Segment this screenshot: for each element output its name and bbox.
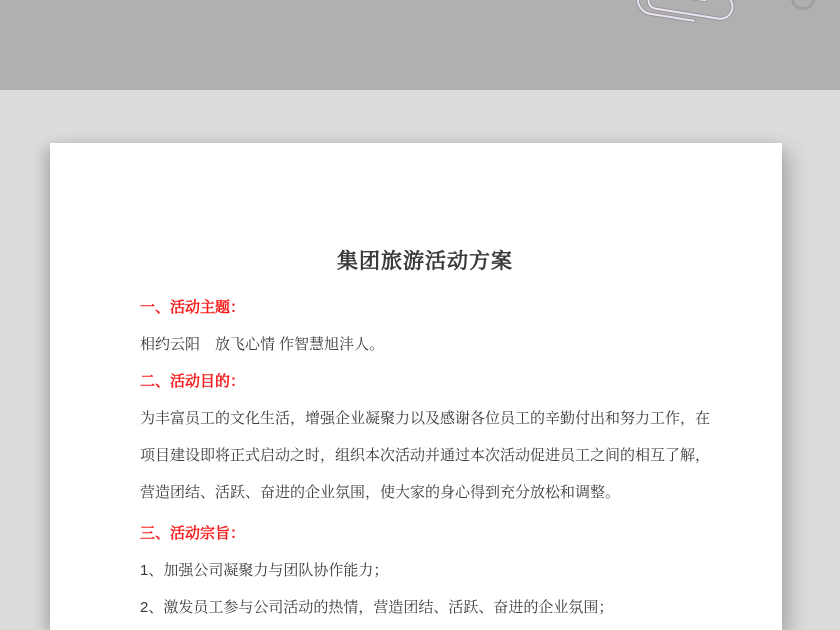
list-item: 1、加强公司凝聚力与团队协作能力；: [140, 552, 710, 589]
document-body: 一、活动主题： 相约云阳 放飞心情 作智慧旭沣人。 二、活动目的： 为丰富员工的…: [140, 289, 710, 626]
section-principles: 三、活动宗旨： 1、加强公司凝聚力与团队协作能力； 2、激发员工参与公司活动的热…: [140, 515, 710, 626]
document-content: 集团旅游活动方案 一、活动主题： 相约云阳 放飞心情 作智慧旭沣人。 二、活动目…: [50, 143, 782, 626]
document-title: 集团旅游活动方案: [140, 249, 710, 275]
section-heading: 一、活动主题：: [140, 289, 710, 326]
section-paragraph: 相约云阳 放飞心情 作智慧旭沣人。: [140, 326, 710, 363]
section-paragraph: 为丰富员工的文化生活，增强企业凝聚力以及感谢各位员工的辛勤付出和努力工作，在项目…: [140, 400, 710, 511]
document-page: 集团旅游活动方案 一、活动主题： 相约云阳 放飞心情 作智慧旭沣人。 二、活动目…: [50, 143, 782, 630]
section-theme: 一、活动主题： 相约云阳 放飞心情 作智慧旭沣人。: [140, 289, 710, 363]
section-heading: 二、活动目的：: [140, 363, 710, 400]
section-purpose: 二、活动目的： 为丰富员工的文化生活，增强企业凝聚力以及感谢各位员工的辛勤付出和…: [140, 363, 710, 511]
list-item: 2、激发员工参与公司活动的热情，营造团结、活跃、奋进的企业氛围；: [140, 589, 710, 626]
section-heading: 三、活动宗旨：: [140, 515, 710, 552]
